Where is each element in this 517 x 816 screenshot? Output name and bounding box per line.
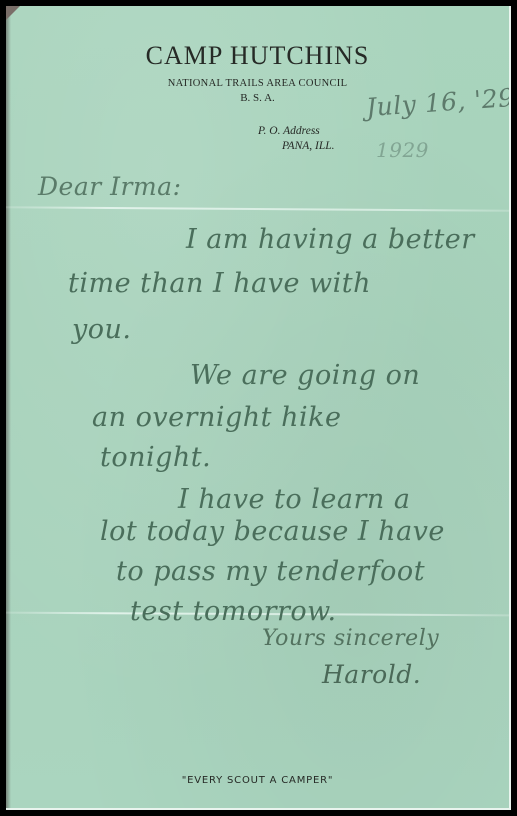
date-annotation: 1929 [376,138,429,162]
body-line: I have to learn a [178,484,410,515]
body-line: time than I have with [68,268,371,299]
letter-paper: CAMP HUTCHINS NATIONAL TRAILS AREA COUNC… [6,6,511,810]
body-line: to pass my tenderfoot [116,556,425,587]
folded-corner [6,6,20,20]
po-city: PANA, ILL. [258,139,335,154]
body-line: We are going on [190,360,420,391]
body-line: tonight. [100,442,211,473]
paper-edge-shadow [6,6,11,808]
camp-motto: "EVERY SCOUT A CAMPER" [6,775,509,786]
closing: Yours sincerely [262,626,439,651]
body-line: I am having a better [186,224,475,255]
body-line: you. [72,314,131,345]
council-name: NATIONAL TRAILS AREA COUNCIL [6,78,509,89]
camp-title: CAMP HUTCHINS [6,42,509,70]
po-label: P. O. Address [258,124,335,139]
salutation: Dear Irma: [38,172,182,201]
body-line: lot today because I have [100,516,445,547]
fold-line-upper [6,206,509,212]
body-line: an overnight hike [92,402,341,433]
signature: Harold. [322,660,421,689]
body-line: test tomorrow. [130,596,337,627]
po-address: P. O. Address PANA, ILL. [258,124,335,154]
